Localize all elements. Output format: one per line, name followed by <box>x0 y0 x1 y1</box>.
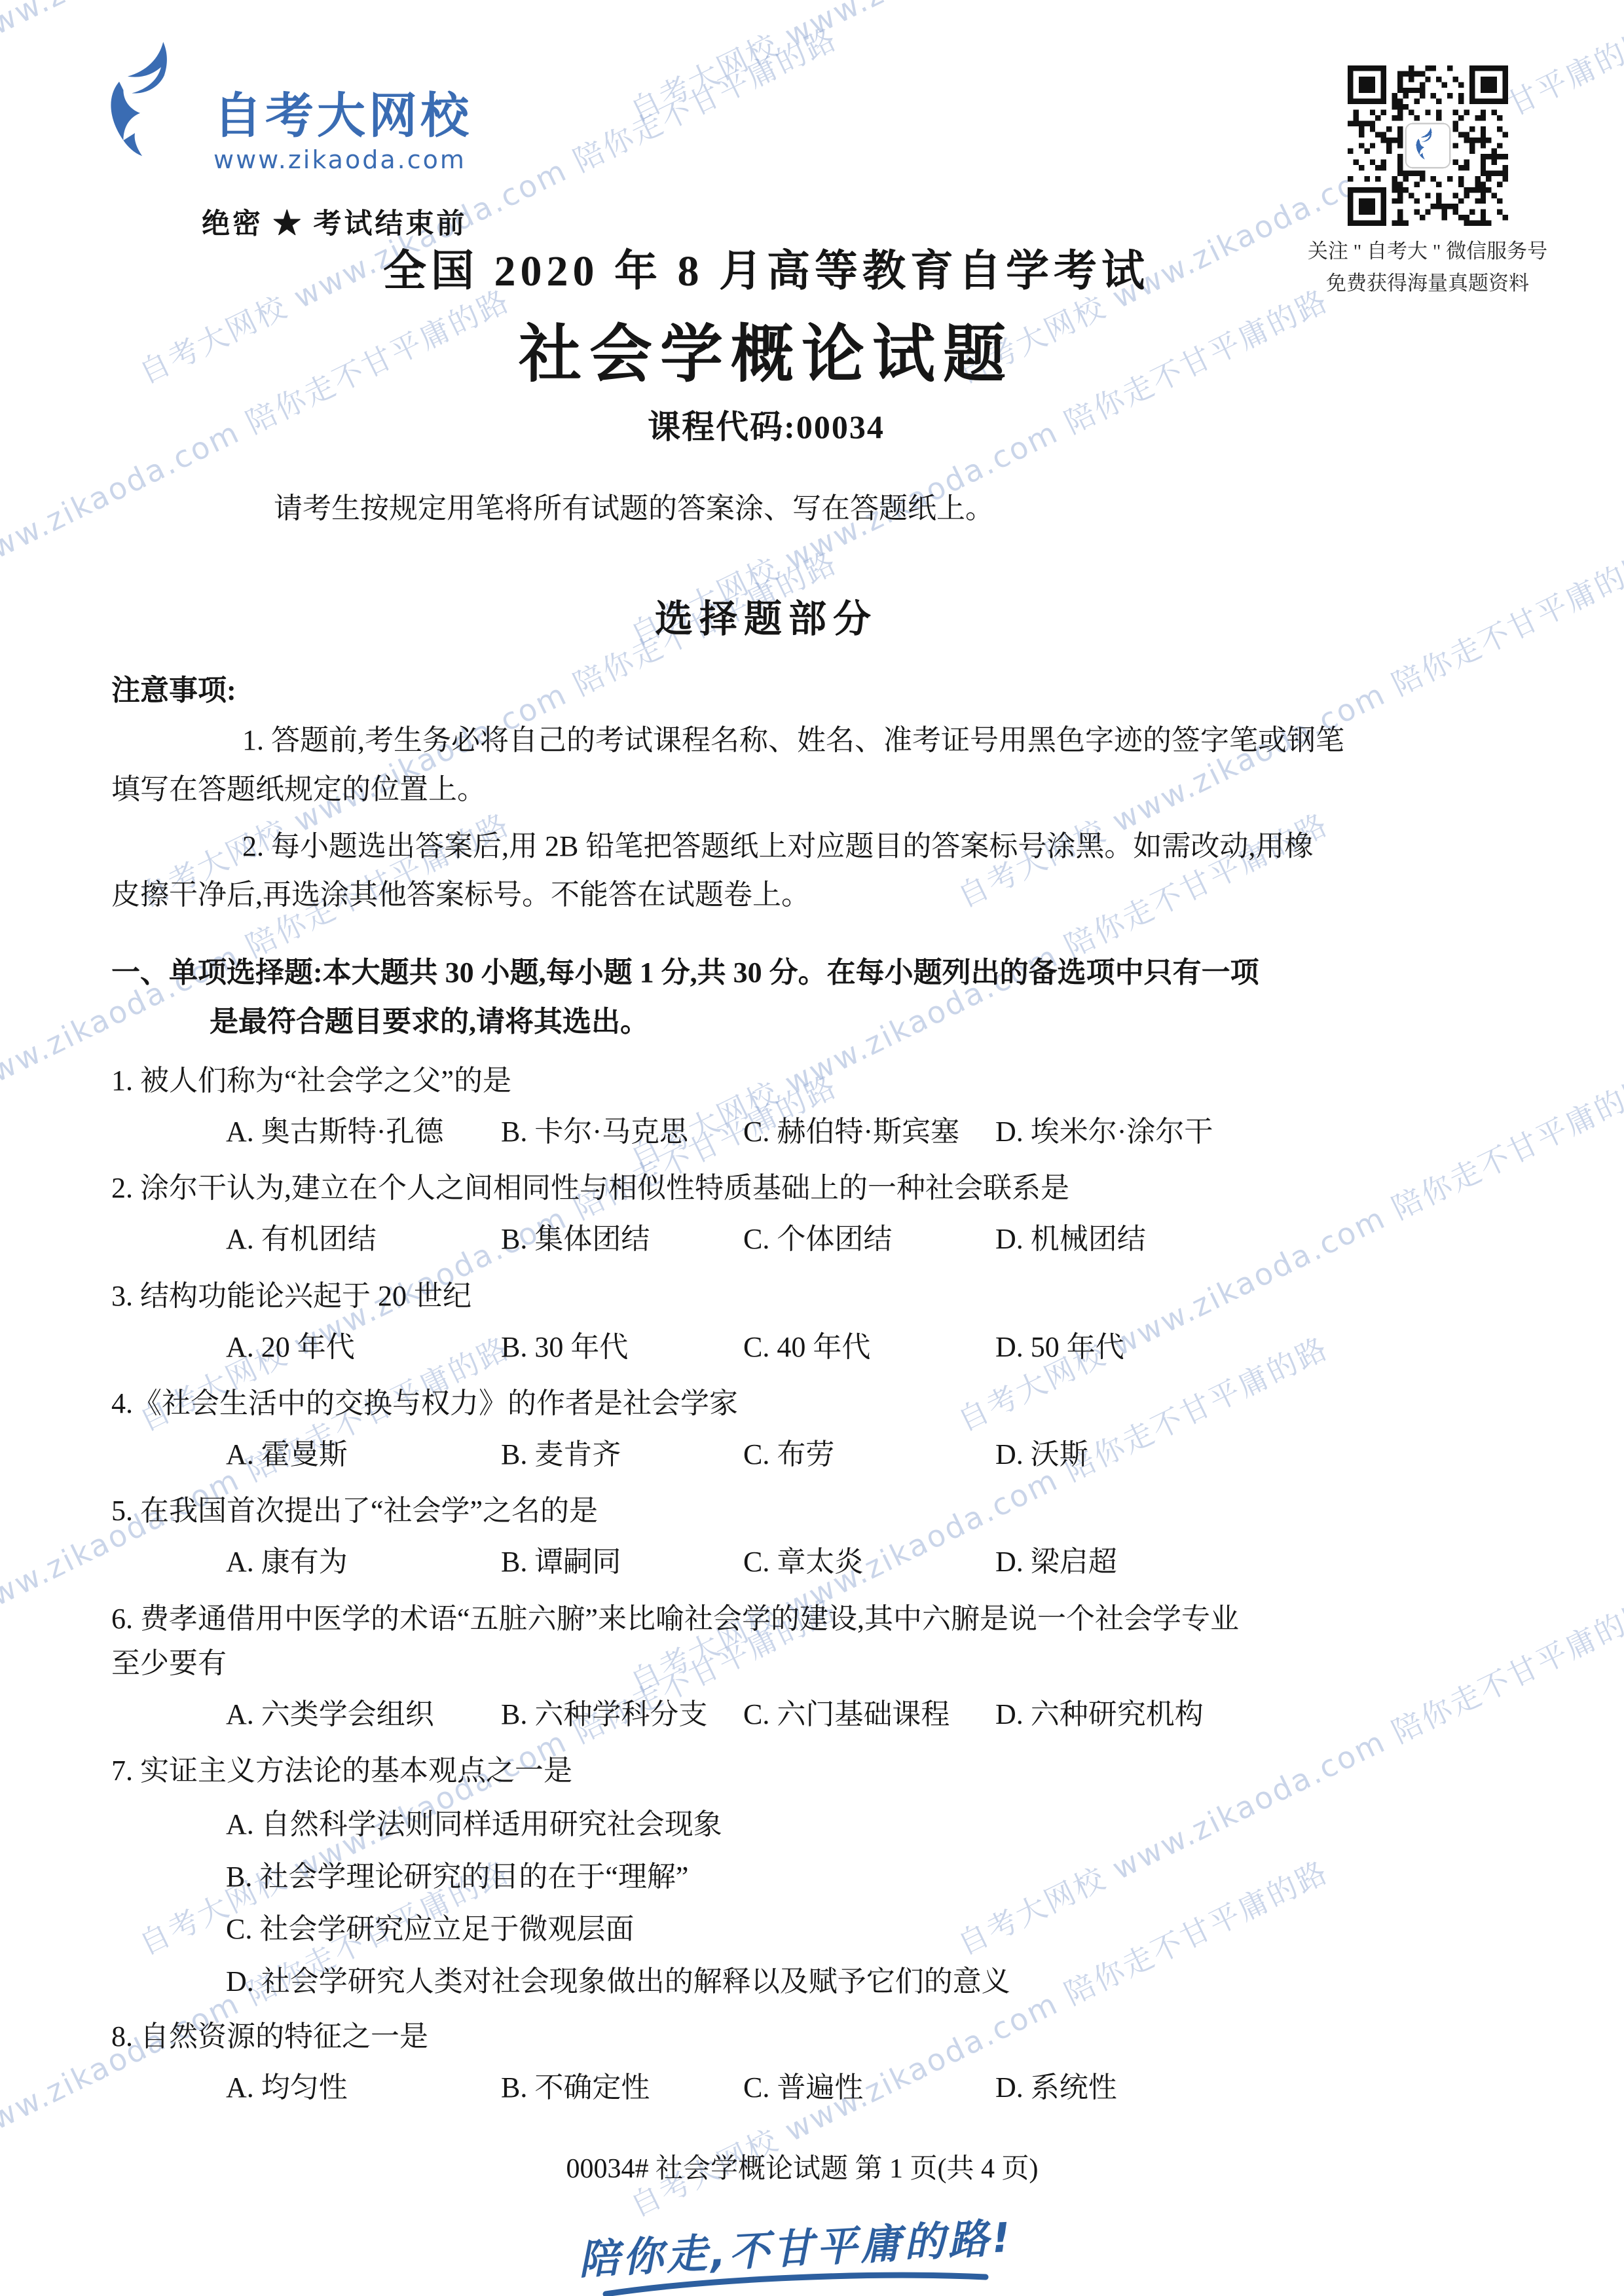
answer-option: D. 系统性 <box>995 2066 1421 2110</box>
question-text: 4.《社会生活中的交换与权力》的作者是社会学家 <box>111 1381 1421 1426</box>
exam-page: 自考大网校 www.zikaoda.com 陪你走不甘平庸的路自考大网校 www… <box>0 0 1624 2296</box>
question-item: 7. 实证主义方法论的基本观点之一是A. 自然科学法则同样适用研究社会现象B. … <box>111 1749 1421 2002</box>
answer-option: A. 奥古斯特·孔德 <box>226 1110 501 1154</box>
answer-option: A. 康有为 <box>226 1540 501 1584</box>
exam-content: 全国 2020 年 8 月高等教育自学考试 社会学概论试题 课程代码:00034… <box>111 0 1421 2296</box>
section-title: 选择题部分 <box>111 588 1421 643</box>
answer-option: A. 六类学会组织 <box>226 1692 501 1737</box>
question-options: A. 六类学会组织B. 六种学科分支C. 六门基础课程D. 六种研究机构 <box>111 1692 1421 1737</box>
note-item: 1. 答题前,考生务必将自己的考试课程名称、姓名、准考证号用黑色字迹的签字笔或钢… <box>111 716 1421 814</box>
answer-option: A. 有机团结 <box>226 1217 501 1262</box>
answer-option: B. 卡尔·马克思 <box>501 1110 743 1154</box>
answer-option: B. 六种学科分支 <box>501 1692 743 1737</box>
question-item: 6. 费孝通借用中医学的术语“五脏六腑”来比喻社会学的建设,其中六腑是说一个社会… <box>111 1597 1421 1738</box>
logo-text: 自考大网校 <box>213 92 472 140</box>
question-options: A. 20 年代B. 30 年代C. 40 年代D. 50 年代 <box>111 1325 1421 1370</box>
exam-title: 全国 2020 年 8 月高等教育自学考试 <box>111 236 1421 298</box>
answer-option: D. 梁启超 <box>995 1540 1421 1584</box>
question-item: 1. 被人们称为“社会学之父”的是A. 奥古斯特·孔德B. 卡尔·马克思C. 赫… <box>111 1059 1421 1154</box>
answer-option: B. 不确定性 <box>501 2066 743 2110</box>
qr-code <box>1348 65 1508 226</box>
answer-option: D. 沃斯 <box>995 1432 1421 1477</box>
question-options: A. 奥古斯特·孔德B. 卡尔·马克思C. 赫伯特·斯宾塞D. 埃米尔·涂尔干 <box>111 1110 1421 1154</box>
slogan: 陪你走,不甘平庸的路! <box>141 2216 1450 2296</box>
answer-option: B. 社会学理论研究的目的在于“理解” <box>226 1856 1421 1898</box>
qr-block: 关注 " 自考大 " 微信服务号 免费获得海量真题资料 <box>1306 65 1549 299</box>
question-item: 8. 自然资源的特征之一是A. 均匀性B. 不确定性C. 普遍性D. 系统性 <box>111 2014 1421 2110</box>
qr-caption-line1: 关注 " 自考大 " 微信服务号 <box>1306 236 1549 267</box>
question-text: 6. 费孝通借用中医学的术语“五脏六腑”来比喻社会学的建设,其中六腑是说一个社会… <box>111 1597 1421 1686</box>
answer-option: C. 个体团结 <box>743 1217 995 1262</box>
bird-logo-icon <box>98 41 203 158</box>
general-instruction: 请考生按规定用笔将所有试题的答案涂、写在答题纸上。 <box>111 484 1421 526</box>
answer-option: A. 自然科学法则同样适用研究社会现象 <box>226 1804 1421 1846</box>
question-options: A. 自然科学法则同样适用研究社会现象B. 社会学理论研究的目的在于“理解”C.… <box>111 1804 1421 2002</box>
answer-option: A. 20 年代 <box>226 1325 501 1370</box>
question-text: 7. 实证主义方法论的基本观点之一是 <box>111 1749 1421 1793</box>
answer-option: C. 社会学研究应立足于微观层面 <box>226 1908 1421 1950</box>
questions: 1. 被人们称为“社会学之父”的是A. 奥古斯特·孔德B. 卡尔·马克思C. 赫… <box>111 1059 1421 2110</box>
question-item: 3. 结构功能论兴起于 20 世纪A. 20 年代B. 30 年代C. 40 年… <box>111 1274 1421 1370</box>
answer-option: B. 谭嗣同 <box>501 1540 743 1584</box>
logo-url: www.zikaoda.com <box>213 145 472 174</box>
answer-option: A. 均匀性 <box>226 2066 501 2110</box>
question-text: 2. 涂尔干认为,建立在个人之间相同性与相似性特质基础上的一种社会联系是 <box>111 1166 1421 1211</box>
part-one-header: 一、单项选择题:本大题共 30 小题,每小题 1 分,共 30 分。在每小题列出… <box>111 949 1421 1047</box>
answer-option: B. 集体团结 <box>501 1217 743 1262</box>
qr-center-logo <box>1405 124 1450 168</box>
question-text: 1. 被人们称为“社会学之父”的是 <box>111 1059 1421 1103</box>
qr-caption-line2: 免费获得海量真题资料 <box>1306 268 1549 299</box>
answer-option: A. 霍曼斯 <box>226 1432 501 1477</box>
answer-option: D. 埃米尔·涂尔干 <box>995 1110 1421 1154</box>
answer-option: B. 30 年代 <box>501 1325 743 1370</box>
question-item: 5. 在我国首次提出了“社会学”之名的是A. 康有为B. 谭嗣同C. 章太炎D.… <box>111 1489 1421 1584</box>
answer-option: D. 机械团结 <box>995 1217 1421 1262</box>
answer-option: C. 六门基础课程 <box>743 1692 995 1737</box>
exam-subtitle: 社会学概论试题 <box>111 304 1421 394</box>
question-options: A. 康有为B. 谭嗣同C. 章太炎D. 梁启超 <box>111 1540 1421 1584</box>
answer-option: D. 社会学研究人类对社会现象做出的解释以及赋予它们的意义 <box>226 1961 1421 2003</box>
page-footer: 00034# 社会学概论试题 第 1 页(共 4 页) <box>147 2147 1457 2186</box>
classification-label: 绝密 ★ 考试结束前 <box>202 202 468 242</box>
question-text: 3. 结构功能论兴起于 20 世纪 <box>111 1274 1421 1319</box>
answer-option: C. 40 年代 <box>743 1325 995 1370</box>
question-text: 5. 在我国首次提出了“社会学”之名的是 <box>111 1489 1421 1533</box>
answer-option: D. 50 年代 <box>995 1325 1421 1370</box>
question-item: 2. 涂尔干认为,建立在个人之间相同性与相似性特质基础上的一种社会联系是A. 有… <box>111 1166 1421 1262</box>
course-code: 课程代码:00034 <box>111 401 1421 448</box>
answer-option: D. 六种研究机构 <box>995 1692 1421 1737</box>
question-item: 4.《社会生活中的交换与权力》的作者是社会学家A. 霍曼斯B. 麦肯齐C. 布劳… <box>111 1381 1421 1477</box>
answer-option: C. 布劳 <box>743 1432 995 1477</box>
question-text: 8. 自然资源的特征之一是 <box>111 2014 1421 2059</box>
question-options: A. 霍曼斯B. 麦肯齐C. 布劳D. 沃斯 <box>111 1432 1421 1477</box>
answer-option: C. 赫伯特·斯宾塞 <box>743 1110 995 1154</box>
answer-option: B. 麦肯齐 <box>501 1432 743 1477</box>
note-item: 2. 每小题选出答案后,用 2B 铅笔把答题纸上对应题目的答案标号涂黑。如需改动… <box>111 822 1421 920</box>
question-options: A. 均匀性B. 不确定性C. 普遍性D. 系统性 <box>111 2066 1421 2110</box>
notes-title: 注意事项: <box>111 666 1421 708</box>
logo: 自考大网校 www.zikaoda.com <box>98 41 472 174</box>
answer-option: C. 普遍性 <box>743 2066 995 2110</box>
answer-option: C. 章太炎 <box>743 1540 995 1584</box>
question-options: A. 有机团结B. 集体团结C. 个体团结D. 机械团结 <box>111 1217 1421 1262</box>
